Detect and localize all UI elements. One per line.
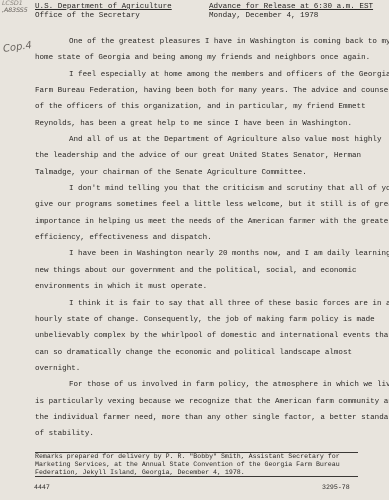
body-line: overnight. [35, 361, 370, 377]
body-line: Reynolds, has been a great help to me si… [35, 116, 370, 132]
body-line: I feel especially at home among the memb… [35, 67, 370, 83]
body-line: home state of Georgia and being among my… [35, 50, 370, 66]
margin-note: Cop.4 [2, 40, 32, 55]
body-line: efficiency, effectiveness and dispatch. [35, 230, 370, 246]
body-line: Farm Bureau Federation, having been both… [35, 83, 370, 99]
body-line: One of the greatest pleasures I have in … [35, 34, 370, 50]
document-page: LCSD1 ,A83SS5 Cop.4 U.S. Department of A… [0, 0, 389, 500]
body-line: I think it is fair to say that all three… [35, 296, 370, 312]
release-date: Monday, December 4, 1978 [209, 12, 373, 21]
body-line: new things about our government and the … [35, 263, 370, 279]
body-line: environments in which it must operate. [35, 279, 370, 295]
remarks-note: Remarks prepared for delivery by P. R. "… [35, 453, 340, 477]
body-line: I have been in Washington nearly 20 mont… [35, 246, 370, 262]
footer-code-right: 3295-78 [322, 484, 350, 492]
speech-body: One of the greatest pleasures I have in … [35, 34, 370, 443]
handwritten-stamp: LCSD1 ,A83SS5 [2, 0, 28, 14]
body-line: can so dramatically change the economic … [35, 345, 370, 361]
body-line: importance in helping us meet the needs … [35, 214, 370, 230]
agency-name: U.S. Department of Agriculture [35, 3, 172, 12]
body-line: the individual farmer need, more than an… [35, 410, 370, 426]
body-line: of the officers of this organization, an… [35, 99, 370, 115]
body-line: For those of us involved in farm policy,… [35, 377, 370, 393]
body-line: the leadership and the advice of our gre… [35, 148, 370, 164]
body-line: is particularly vexing because we recogn… [35, 394, 370, 410]
remarks-bottom-rule [35, 476, 358, 477]
stamp-line-2: ,A83SS5 [2, 7, 28, 14]
footer-code-left: 4447 [34, 484, 50, 492]
header-left: U.S. Department of Agriculture Office of… [35, 3, 172, 21]
body-line: And all of us at the Department of Agric… [35, 132, 370, 148]
release-notice: Advance for Release at 6:30 a.m. EST [209, 3, 373, 12]
body-line: hourly state of change. Consequently, th… [35, 312, 370, 328]
remarks-line: Marketing Services, at the Annual State … [35, 461, 340, 469]
body-line: unbelievably complex by the whirlpool of… [35, 328, 370, 344]
body-line: I don't mind telling you that the critic… [35, 181, 370, 197]
body-line: give our programs sometimes feel a littl… [35, 197, 370, 213]
header-right: Advance for Release at 6:30 a.m. EST Mon… [209, 3, 373, 21]
body-line: of stability. [35, 426, 370, 442]
remarks-line: Remarks prepared for delivery by P. R. "… [35, 453, 340, 461]
office-name: Office of the Secretary [35, 12, 172, 21]
body-line: Talmadge, your chairman of the Senate Ag… [35, 165, 370, 181]
